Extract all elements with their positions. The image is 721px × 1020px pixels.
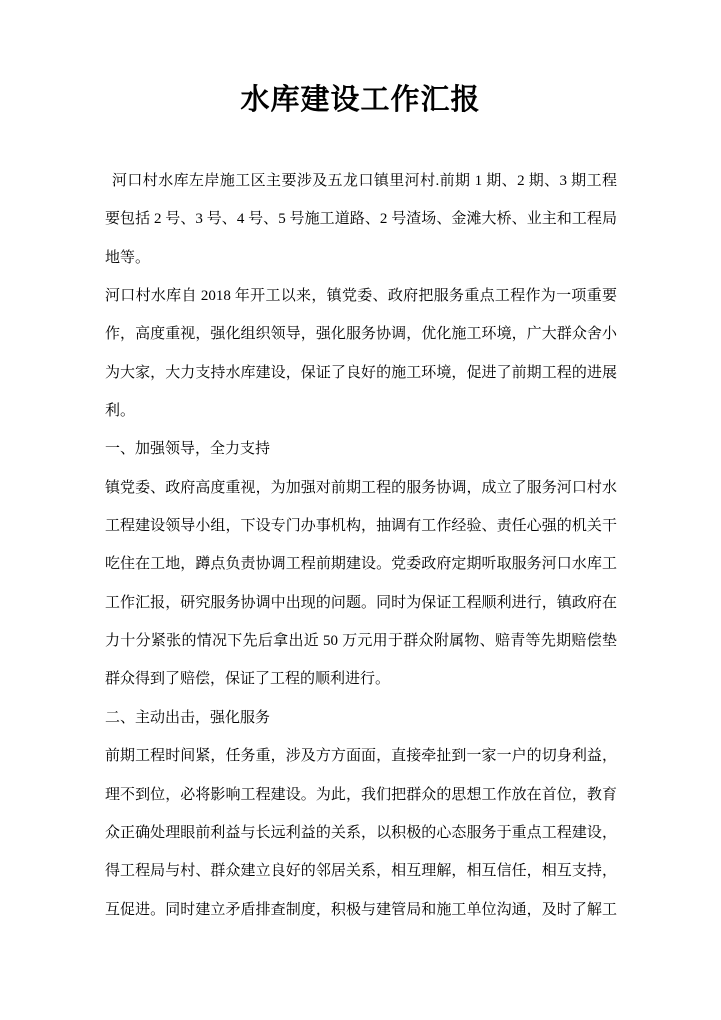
text-line: 前期工程时间紧，任务重，涉及方方面面，直接牵扯到一家一户的切身利益，处 (105, 737, 617, 775)
text-line: 工作汇报，研究服务协调中出现的问题。同时为保证工程顺利进行，镇政府在财 (105, 584, 617, 622)
text-line: 力十分紧张的情况下先后拿出近 50 万元用于群众附属物、赔青等先期赔偿垫付， (105, 622, 617, 660)
text-line: 工程建设领导小组，下设专门办事机构，抽调有工作经验、责任心强的机关干部 (105, 507, 617, 545)
section-heading: 二、主动出击，强化服务 (105, 699, 617, 737)
text-line: 群众得到了赔偿，保证了工程的顺利进行。 (105, 660, 617, 698)
text-line: 理不到位，必将影响工程建设。为此，我们把群众的思想工作放在首位，教育群 (105, 776, 617, 814)
section-heading: 一、加强领导，全力支持 (105, 430, 617, 468)
text-line: 地等。 (105, 239, 617, 277)
document-title: 水库建设工作汇报 (0, 80, 721, 120)
text-line: 镇党委、政府高度重视，为加强对前期工程的服务协调，成立了服务河口村水库 (105, 469, 617, 507)
text-line: 为大家，大力支持水库建设，保证了良好的施工环境，促进了前期工程的进展顺 (105, 354, 617, 392)
text-line: 河口村水库自 2018 年开工以来，镇党委、政府把服务重点工程作为一项重要工 (105, 277, 617, 315)
text-line: 众正确处理眼前利益与长远利益的关系，以积极的心态服务于重点工程建设，使 (105, 814, 617, 852)
text-line: 吃住在工地，蹲点负责协调工程前期建设。党委政府定期听取服务河口水库工程 (105, 545, 617, 583)
document-body: 河口村水库左岸施工区主要涉及五龙口镇里河村.前期 1 期、2 期、3 期工程主 … (105, 162, 617, 929)
text-line: 要包括 2 号、3 号、4 号、5 号施工道路、2 号渣场、金滩大桥、业主和工程… (105, 200, 617, 238)
text-line: 河口村水库左岸施工区主要涉及五龙口镇里河村.前期 1 期、2 期、3 期工程主 (105, 162, 617, 200)
document-page: 水库建设工作汇报 河口村水库左岸施工区主要涉及五龙口镇里河村.前期 1 期、2 … (0, 0, 721, 1020)
text-line: 利。 (105, 392, 617, 430)
text-line: 互促进。同时建立矛盾排查制度，积极与建管局和施工单位沟通，及时了解工程 (105, 891, 617, 929)
text-line: 得工程局与村、群众建立良好的邻居关系，相互理解，相互信任，相互支持，相 (105, 852, 617, 890)
text-line: 作，高度重视，强化组织领导，强化服务协调，优化施工环境，广大群众舍小家 (105, 315, 617, 353)
